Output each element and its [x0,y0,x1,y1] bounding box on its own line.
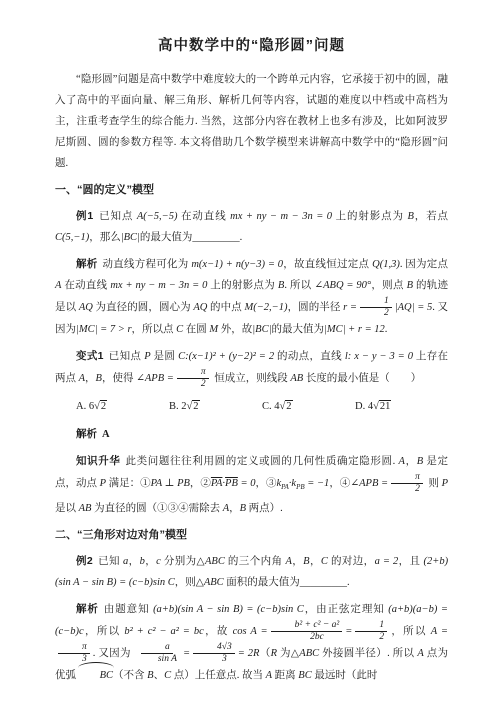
math-run: ∠APB = [136,373,174,384]
knowledge-note-label: 知识升华 [76,455,121,467]
radicand: 2 [100,400,107,412]
text-run: ，则点 [371,280,407,291]
example-1-label: 例1 [76,210,93,222]
math-run: ABC [299,648,319,659]
text-run: 此类问题往往利用圆的定义或圆的几何性质确定隐形圆. [126,456,399,467]
math-run: BC [298,670,311,681]
text-run: 为直径的圆（①③④需除去 [91,503,222,514]
page-title: 高中数学中的“隐形圆”问题 [55,34,448,55]
fraction: asin A [134,642,180,665]
text-run: . 因为定点 [400,259,448,270]
variant-1-label: 变式1 [76,350,103,362]
radicand: 2 [285,400,292,412]
text-run: （ [259,648,270,659]
fraction: π2 [177,367,209,390]
text-run: 最远时（此时 [312,670,378,681]
text-run: 的动点，直线 [274,351,345,362]
text-run: 已知点 [108,351,144,362]
text-run: B. 2 [169,401,187,412]
text-run: ，④ [329,478,350,489]
text-run: 上的射影点为 [332,211,407,222]
math-run: |BC| [121,232,140,243]
answer-letter: A [102,429,110,440]
text-run: 分别为△ [161,556,205,567]
text-run: 动直线方程可化为 [103,259,192,270]
text-run: 在动直线 [61,280,110,291]
math-run: ·k [289,478,296,489]
variant-1-paragraph: 变式1已知点 P 是圆 C:(x−1)² + (y−2)² = 2 的动点，直线… [55,346,448,390]
text-run: 的最大值为_________. [140,232,242,243]
knowledge-note-paragraph: 知识升华此类问题往往利用圆的定义或圆的几何性质确定隐形圆. A，B 是定点，动点… [55,451,448,519]
math-run: b² + c² − a² = bc [124,625,203,636]
section-2-heading: 二、“三角形对边对角”模型 [55,525,448,546]
example-2-label: 例2 [76,555,93,567]
text-run: 两点）. [246,503,283,514]
fraction-denominator: 3 [198,654,230,665]
math-run: AB [290,373,303,384]
text-run: 已知点 [98,211,137,222]
choice-d: D. 4√21 [355,396,448,417]
fraction-denominator: 2bc [286,632,327,643]
answer-paragraph: 解析A [55,424,448,445]
choice-a: A. 6√2 [76,396,169,417]
text-run: 是以 [55,503,79,514]
text-run: 面积的最大值为_________. [224,577,350,588]
text-run: ，③ [255,478,276,489]
fraction-numerator: π [177,367,209,379]
text-run: ，所以 [390,625,431,636]
math-run: m(x−1) + n(y−3) = 0 [191,259,283,270]
fraction-numerator: b² + c² − a² [271,620,343,632]
math-run: |MC| + r = 12 [324,324,385,335]
choice-c: C. 4√2 [262,396,355,417]
text-run: 在动直线 [178,211,231,222]
text-run: 为△ [277,648,299,659]
text-run: ， [85,373,96,384]
analysis-label: 解析 [76,428,97,440]
subscript-run: PA [281,483,289,491]
text-run: 外，故 [218,324,252,335]
fraction-numerator: 1 [360,296,392,308]
text-run: 在圆 [183,324,209,335]
analysis-label: 解析 [76,603,99,615]
text-run: ，所以 [84,625,125,636]
math-run: = 0 [238,478,256,489]
text-run: ， [229,503,240,514]
math-run: |BC| [252,324,271,335]
text-run: ， [292,556,303,567]
text-run: 由题意知 [104,604,153,615]
fraction-numerator: π [58,642,90,654]
text-run: ，所以点 [132,324,177,335]
math-run: (a+b)(sin A − sin B) = (c−b)sin C [153,604,304,615]
text-run: 已知 [98,556,123,567]
fraction-numerator: π [391,472,423,484]
text-run: 长度的最小值是（ ） [303,373,421,384]
text-run: ，圆的半径 [288,302,344,313]
math-run: ABC [205,556,225,567]
text-run: D. 4 [355,401,373,412]
math-run: = −1 [305,478,330,489]
math-run: P [442,478,448,489]
math-run: mx + ny − m − 3n = 0 [230,211,332,222]
math-run: r = [343,302,357,313]
intro-paragraph: “隐形圆”问题是高中数学中难度较大的一个跨单元内容，它承接于初中的圆，融入了高中… [55,69,448,174]
math-run: PA ⊥ PB [151,478,190,489]
fraction: π2 [391,472,423,495]
text-run: ， [310,556,321,567]
text-run: 上的射影点为 [207,280,277,291]
fraction: 12 [355,620,387,643]
text-run: ， [145,556,156,567]
math-run: a = 2 [375,556,399,567]
document-page: 高中数学中的“隐形圆”问题 “隐形圆”问题是高中数学中难度较大的一个跨单元内容，… [0,0,500,707]
math-run: A = [431,625,448,636]
fraction-denominator: 2 [177,379,209,390]
math-run: C(5,−1) [55,232,89,243]
sqrt-icon: √ [94,401,100,412]
text-run: 点）上任意点. 故当 [171,670,266,681]
choices-row: A. 6√2 B. 2√2 C. 4√2 D. 4√21 [55,396,448,417]
text-run: ，由正弦定理知 [304,604,388,615]
example-2-paragraph: 例2已知 a，b，c 分别为△ABC 的三个内角 A，B，C 的对边，a = 2… [55,551,448,593]
math-run: AQ [193,302,207,313]
text-run: C. 4 [262,401,280,412]
text-run: ，故 [204,625,233,636]
text-run: 距离 [272,670,298,681]
section-1-heading: 一、“圆的定义”模型 [55,180,448,201]
text-run: （不含 [113,670,147,681]
fraction: 4√33 [193,642,235,665]
analysis-2-paragraph: 解析由题意知 (a+b)(sin A − sin B) = (c−b)sin C… [55,599,448,687]
arc-over-bc: BC [79,665,113,686]
fraction: b² + c² − a²2bc [271,620,343,643]
math-run: |MC| = 7 > r [76,324,132,335]
text-run: ，使得 [102,373,136,384]
text-run: 则 [426,478,442,489]
math-run: C:(x−1)² + (y−2)² = 2 [178,351,274,362]
text-run: ，② [190,478,211,489]
math-run: M(−2,−1) [244,302,287,313]
text-run: . [385,324,388,335]
analysis-label: 解析 [76,258,98,270]
math-run: l: x − y − 3 = 0 [345,351,413,362]
text-run: ，且 [398,556,423,567]
text-run: 、 [154,670,165,681]
math-run: cos A = [233,625,268,636]
text-run: 恒成立，则线段 [212,373,291,384]
text-run: 外接圆半径）. 所以 [319,648,417,659]
math-run: AB [79,503,92,514]
text-run: ，则△ [175,577,204,588]
text-run: 为直径的圆，圆心为 [93,302,194,313]
text-run: 是圆 [151,351,179,362]
choice-b: B. 2√2 [169,396,262,417]
text-run: 的对边， [328,556,375,567]
text-run: . 又因为 [93,648,131,659]
text-run: ，故直线恒过定点 [283,259,372,270]
text-run: 的三个内角 [225,556,286,567]
math-run: M [209,324,218,335]
math-run: = [345,625,352,636]
math-run: ∠APB = [350,478,388,489]
text-run: ， [405,456,417,467]
math-run: A(−5,−5) [137,211,178,222]
math-run: = [183,648,190,659]
fraction: π3 [58,642,90,665]
subscript-run: PB [296,483,305,491]
example-1-paragraph: 例1已知点 A(−5,−5) 在动直线 mx + ny − m − 3n = 0… [55,206,448,248]
text-run: 的最大值为 [272,324,325,335]
analysis-1-paragraph: 解析动直线方程可化为 m(x−1) + n(y−3) = 0，故直线恒过定点 Q… [55,254,448,340]
fraction-numerator: 1 [355,620,387,632]
math-run: AQ [79,302,93,313]
text-run: ，那么 [89,232,121,243]
vector-run: PB [225,478,238,489]
fraction-numerator: 4√3 [193,642,235,654]
math-run: = 2R [238,648,260,659]
text-run: A. 6 [76,401,94,412]
text-run: ，若点 [414,211,448,222]
vector-run: PA [211,478,222,489]
text-run: 满足：① [106,478,151,489]
math-run: |AQ| = 5 [395,302,433,313]
math-run: C [321,556,328,567]
radicand: 21 [379,400,392,412]
text-run: ， [128,556,139,567]
fraction-numerator: a [141,642,173,654]
math-run: ABC [204,577,224,588]
text-run: . 所以 [284,280,314,291]
text-run: 的中点 [207,302,244,313]
math-run: mx + ny − m − 3n = 0 [110,280,207,291]
sqrt-icon: √ [373,401,379,412]
fraction-denominator: 2 [355,632,387,643]
math-run: ∠ABQ = 90° [314,280,371,291]
fraction-denominator: 2 [360,308,392,319]
math-run: Q(1,3) [372,259,400,270]
radicand: 2 [192,400,199,412]
fraction-denominator: sin A [134,654,180,665]
fraction: 12 [360,296,392,319]
fraction-denominator: 2 [391,484,423,495]
